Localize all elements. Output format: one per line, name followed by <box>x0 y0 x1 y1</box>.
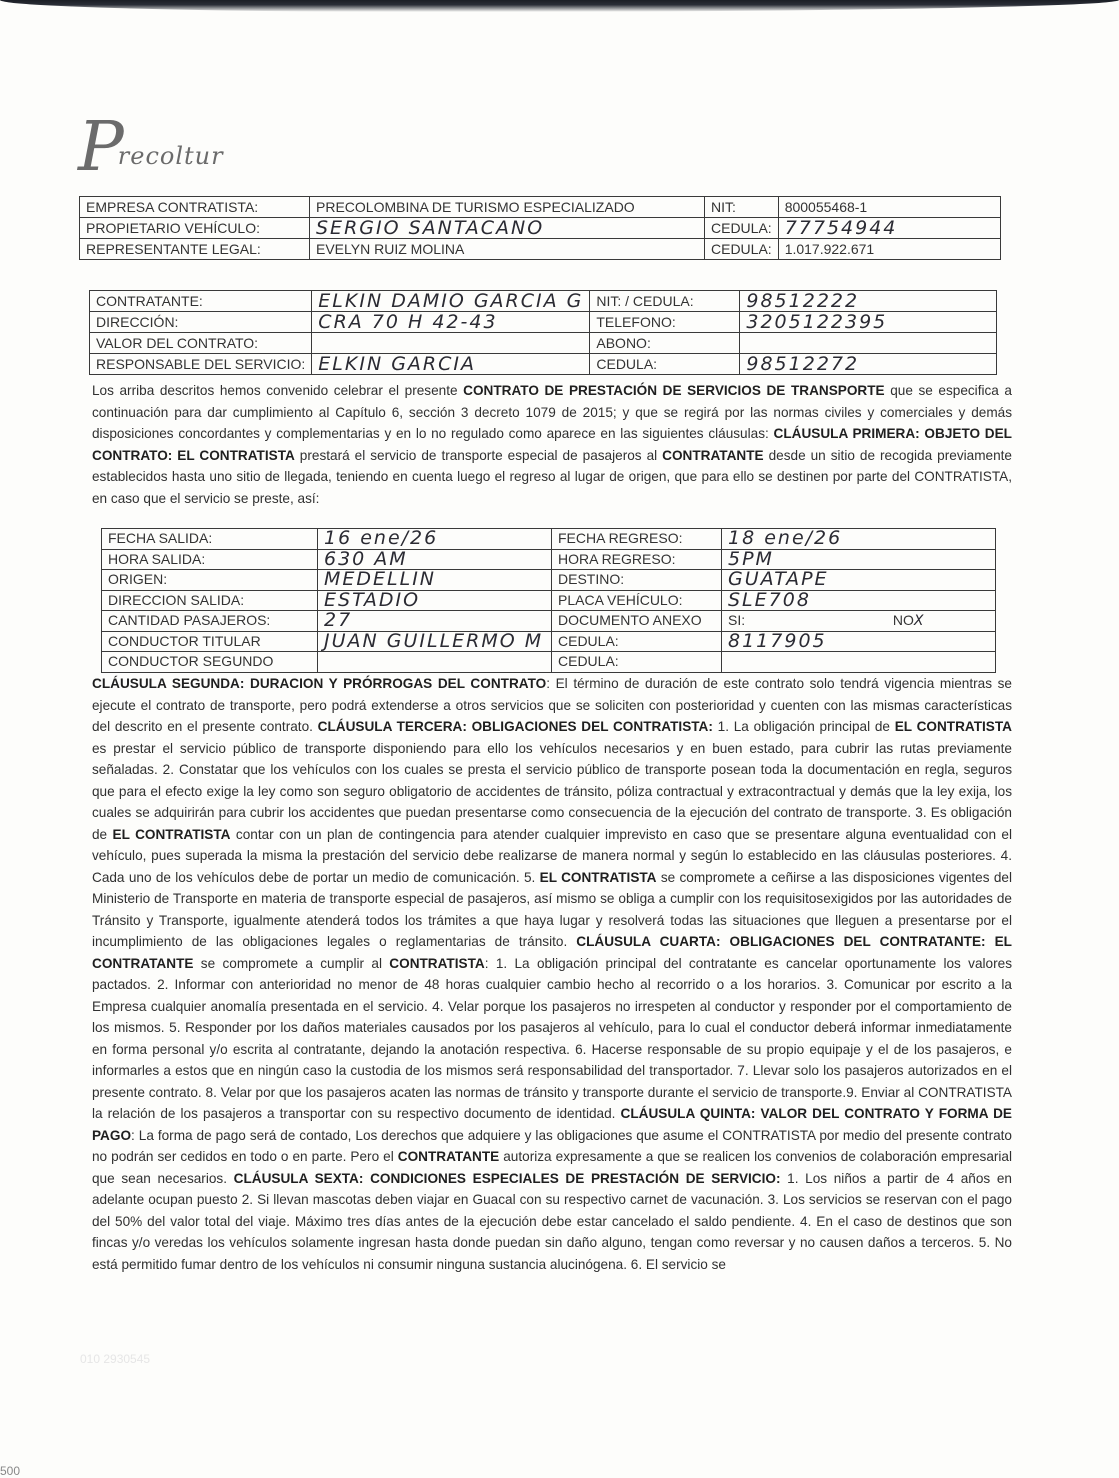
documento-anexo-value: SI: NOX <box>722 611 996 632</box>
anexo-si-label: SI: <box>728 612 745 628</box>
contratante-cedula-value: 98512222 <box>740 291 997 312</box>
anexo-no-checkmark: X <box>914 613 926 629</box>
paragraph-text: se compromete a cumplir al <box>193 956 389 971</box>
conductor-titular-value: JUAN GUILLERMO M <box>318 631 552 652</box>
clauses-paragraph: CLÁUSULA SEGUNDA: DURACION Y PRÓRROGAS D… <box>92 673 1012 1275</box>
table-row: CONDUCTOR TITULAR JUAN GUILLERMO M CEDUL… <box>102 631 996 652</box>
table-row: PROPIETARIO VEHÍCULO: SERGIO SANTACANO C… <box>80 218 1001 239</box>
responsable-cedula-value: 98512272 <box>740 354 997 375</box>
representante-cedula-value: 1.017.922.671 <box>778 239 1000 260</box>
field-label: DIRECCIÓN: <box>90 312 312 333</box>
paragraph-bold: EL CONTRATISTA <box>540 870 657 885</box>
field-label: CEDULA: <box>705 218 779 239</box>
conductor-segundo-cedula-value <box>722 652 996 673</box>
field-label: HORA SALIDA: <box>102 549 318 570</box>
propietario-cedula-value: 77754944 <box>778 218 1000 239</box>
field-label: NIT: / CEDULA: <box>590 291 740 312</box>
field-label: DOCUMENTO ANEXO <box>552 611 722 632</box>
field-label: FECHA SALIDA: <box>102 529 318 550</box>
table-row: EMPRESA CONTRATISTA: PRECOLOMBINA DE TUR… <box>80 197 1001 218</box>
clause-heading: CLÁUSULA TERCERA: OBLIGACIONES DEL CONTR… <box>318 719 713 734</box>
field-label: VALOR DEL CONTRATO: <box>90 333 312 354</box>
field-label: CEDULA: <box>590 354 740 375</box>
direccion-value: CRA 70 H 42-43 <box>312 312 590 333</box>
paragraph-text: prestará el servicio de transporte espec… <box>295 448 662 463</box>
representante-legal-value: EVELYN RUIZ MOLINA <box>310 239 705 260</box>
paragraph-bold: CONTRATANTE <box>398 1149 499 1164</box>
direccion-salida-value: ESTADIO <box>318 590 552 611</box>
table-row: FECHA SALIDA: 16 ene/26 FECHA REGRESO: 1… <box>102 529 996 550</box>
conductor-segundo-value <box>318 652 552 673</box>
table-row: CONDUCTOR SEGUNDO CEDULA: <box>102 652 996 673</box>
field-label: DIRECCION SALIDA: <box>102 590 318 611</box>
table-row: CANTIDAD PASAJEROS: 27 DOCUMENTO ANEXO S… <box>102 611 996 632</box>
intro-paragraph: Los arriba descritos hemos convenido cel… <box>92 380 1012 509</box>
field-label: PROPIETARIO VEHÍCULO: <box>80 218 310 239</box>
table-row: VALOR DEL CONTRATO: ABONO: <box>90 333 997 354</box>
field-label: CANTIDAD PASAJEROS: <box>102 611 318 632</box>
contratante-table: CONTRATANTE: ELKIN DAMIO GARCIA G NIT: /… <box>89 290 997 375</box>
contratante-value: ELKIN DAMIO GARCIA G <box>312 291 590 312</box>
clause-heading: CLÁUSULA SEGUNDA: DURACION Y PRÓRROGAS D… <box>92 676 546 691</box>
field-label: CONDUCTOR SEGUNDO <box>102 652 318 673</box>
paragraph-bold: EL CONTRATISTA <box>113 827 231 842</box>
valor-contrato-value <box>312 333 590 354</box>
field-label: CEDULA: <box>552 652 722 673</box>
field-label: HORA REGRESO: <box>552 549 722 570</box>
field-label: ABONO: <box>590 333 740 354</box>
placa-vehiculo-value: SLE708 <box>722 590 996 611</box>
propietario-vehiculo-value: SERGIO SANTACANO <box>310 218 705 239</box>
table-row: REPRESENTANTE LEGAL: EVELYN RUIZ MOLINA … <box>80 239 1001 260</box>
viaje-table: FECHA SALIDA: 16 ene/26 FECHA REGRESO: 1… <box>101 528 996 673</box>
nit-value: 800055468-1 <box>778 197 1000 218</box>
field-label: NIT: <box>705 197 779 218</box>
anexo-no-label: NO <box>893 612 914 628</box>
field-label: CONDUCTOR TITULAR <box>102 631 318 652</box>
field-label: PLACA VEHÍCULO: <box>552 590 722 611</box>
table-row: ORIGEN: MEDELLIN DESTINO: GUATAPE <box>102 570 996 591</box>
table-row: DIRECCION SALIDA: ESTADIO PLACA VEHÍCULO… <box>102 590 996 611</box>
clause-heading: CLÁUSULA SEXTA: CONDICIONES ESPECIALES D… <box>234 1171 781 1186</box>
field-label: RESPONSABLE DEL SERVICIO: <box>90 354 312 375</box>
telefono-value: 3205122395 <box>740 312 997 333</box>
hora-regreso-value: 5PM <box>722 549 996 570</box>
company-logo: Precoltur <box>78 108 224 187</box>
destino-value: GUATAPE <box>722 570 996 591</box>
paragraph-text: : 1. La obligación principal del contrat… <box>92 956 1012 1122</box>
scan-edge-shadow <box>0 0 1119 12</box>
paragraph-bold: CONTRATO DE PRESTACIÓN DE SERVICIOS DE T… <box>463 383 884 398</box>
corner-mark: 500 <box>0 1464 20 1478</box>
table-row: HORA SALIDA: 630 AM HORA REGRESO: 5PM <box>102 549 996 570</box>
empresa-contratista-value: PRECOLOMBINA DE TURISMO ESPECIALIZADO <box>310 197 705 218</box>
conductor-titular-cedula-value: 8117905 <box>722 631 996 652</box>
paragraph-text: 1. La obligación principal de <box>713 719 895 734</box>
field-label: ORIGEN: <box>102 570 318 591</box>
field-label: DESTINO: <box>552 570 722 591</box>
field-label: EMPRESA CONTRATISTA: <box>80 197 310 218</box>
table-row: DIRECCIÓN: CRA 70 H 42-43 TELEFONO: 3205… <box>90 312 997 333</box>
abono-value <box>740 333 997 354</box>
faint-bleed-text: 010 2930545 <box>80 1352 150 1366</box>
paragraph-bold: CONTRATANTE <box>662 448 763 463</box>
field-label: CEDULA: <box>705 239 779 260</box>
paragraph-text: Los arriba descritos hemos convenido cel… <box>92 383 463 398</box>
fecha-salida-value: 16 ene/26 <box>318 529 552 550</box>
logo-text: recoltur <box>118 142 224 170</box>
field-label: TELEFONO: <box>590 312 740 333</box>
cantidad-pasajeros-value: 27 <box>318 611 552 632</box>
origen-value: MEDELLIN <box>318 570 552 591</box>
logo-initial: P <box>78 108 118 187</box>
paragraph-bold: CONTRATISTA <box>389 956 484 971</box>
table-row: RESPONSABLE DEL SERVICIO: ELKIN GARCIA C… <box>90 354 997 375</box>
paragraph-bold: EL CONTRATISTA <box>895 719 1012 734</box>
responsable-servicio-value: ELKIN GARCIA <box>312 354 590 375</box>
table-row: CONTRATANTE: ELKIN DAMIO GARCIA G NIT: /… <box>90 291 997 312</box>
field-label: CONTRATANTE: <box>90 291 312 312</box>
field-label: REPRESENTANTE LEGAL: <box>80 239 310 260</box>
hora-salida-value: 630 AM <box>318 549 552 570</box>
empresa-table: EMPRESA CONTRATISTA: PRECOLOMBINA DE TUR… <box>79 196 1001 260</box>
field-label: CEDULA: <box>552 631 722 652</box>
field-label: FECHA REGRESO: <box>552 529 722 550</box>
fecha-regreso-value: 18 ene/26 <box>722 529 996 550</box>
